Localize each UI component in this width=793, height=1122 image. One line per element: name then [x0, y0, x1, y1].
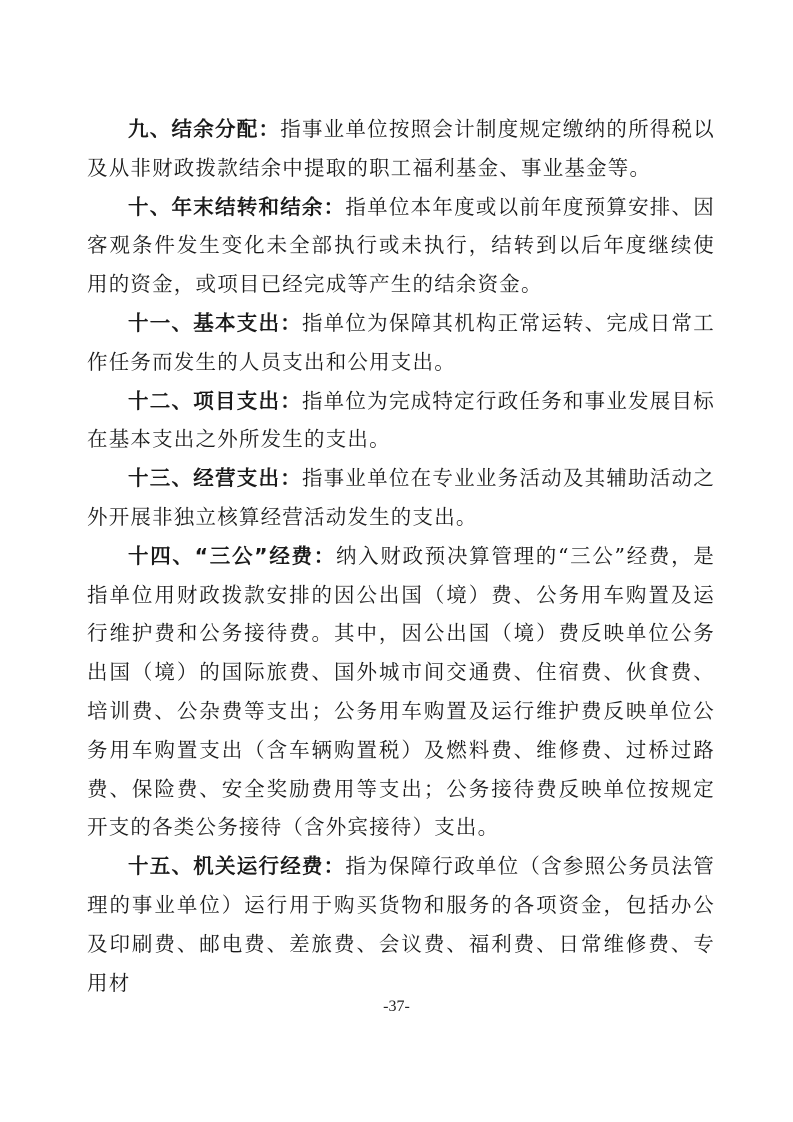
document-body: 九、结余分配：指事业单位按照会计制度规定缴纳的所得税以及从非财政拨款结余中提取的… [87, 110, 715, 1002]
term-heading: 十、年末结转和结余： [128, 195, 345, 219]
term-heading: 九、结余分配： [128, 117, 280, 141]
term-heading: 十二、项目支出： [128, 389, 302, 413]
paragraph-agency-operating-funds: 十五、机关运行经费：指为保障行政单位（含参照公务员法管理的事业单位）运行用于购买… [87, 847, 715, 1002]
term-heading: 十五、机关运行经费： [128, 854, 345, 878]
paragraph-operating-expenditure: 十三、经营支出：指事业单位在专业业务活动及其辅助活动之外开展非独立核算经营活动发… [87, 459, 715, 537]
term-heading: 十三、经营支出： [128, 466, 302, 490]
paragraph-basic-expenditure: 十一、基本支出：指单位为保障其机构正常运转、完成日常工作任务而发生的人员支出和公… [87, 304, 715, 382]
term-heading: 十一、基本支出： [128, 311, 302, 335]
term-definition: 纳入财政预决算管理的“三公”经费，是指单位用财政拨款安排的因公出国（境）费、公务… [87, 544, 715, 840]
paragraph-three-public-expenses: 十四、“三公”经费：纳入财政预决算管理的“三公”经费，是指单位用财政拨款安排的因… [87, 537, 715, 847]
paragraph-year-end-carryover: 十、年末结转和结余：指单位本年度或以前年度预算安排、因客观条件发生变化未全部执行… [87, 188, 715, 304]
term-heading: 十四、“三公”经费： [128, 544, 336, 568]
paragraph-surplus-distribution: 九、结余分配：指事业单位按照会计制度规定缴纳的所得税以及从非财政拨款结余中提取的… [87, 110, 715, 188]
paragraph-project-expenditure: 十二、项目支出：指单位为完成特定行政任务和事业发展目标在基本支出之外所发生的支出… [87, 382, 715, 460]
page-number: -37- [0, 998, 793, 1016]
